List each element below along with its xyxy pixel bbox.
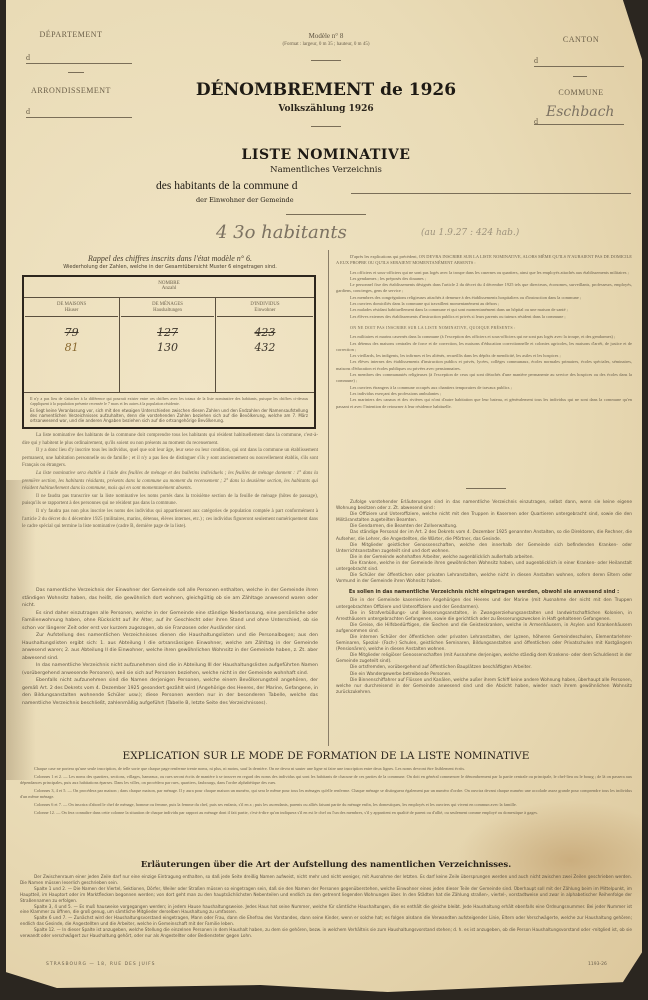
rappel-note-fr: Il n'y a pas lieu de s'attacher à la dif… [30, 396, 308, 406]
list-item: Die Mitglieder geistlicher Genossenschaf… [336, 543, 632, 555]
habitants-count-handwritten: 4 3o habitants [216, 222, 347, 243]
printer-imprint: STRASBOURG — 18, RUE DES JUIFS [46, 962, 156, 967]
column-separator [328, 250, 329, 746]
list-item: Die Offiziere und Unteroffiziere, welche… [336, 512, 632, 524]
paragraph: Colonnes 3, 4 et 5. — On procédera par m… [20, 788, 632, 800]
habitants-line: des habitants de la commune d [156, 180, 297, 192]
arrondissement-label: ARRONDISSEMENT [21, 86, 121, 95]
divider [311, 60, 341, 61]
paragraph: Ebenfalls nicht aufzunehmen sind die Nam… [22, 677, 318, 707]
canton-label: CANTON [546, 35, 616, 44]
arrondissement-prefix: d [26, 107, 30, 116]
nombre-table: DE MAISONS Häuser 79 81 DE MÉNAGES Haush… [24, 298, 314, 392]
section-heading: Es sollen in das namentliche Verzeichnis… [336, 589, 632, 595]
list-item: Das ständige Personal der im Art. 2 des … [336, 530, 632, 542]
paragraph: Der Zwischenraum einer jeden Zeile darf … [20, 874, 632, 886]
left-instructions-de: Das namentliche Verzeichnis der Einwohne… [22, 587, 318, 707]
column-maisons: DE MAISONS Häuser 79 81 [24, 298, 120, 392]
rappel-note-de: Es liegt keine Veranlassung vor, sich mi… [30, 408, 308, 423]
commune-prefix: d [534, 117, 538, 126]
arrondissement-field[interactable]: d [26, 107, 132, 118]
list-item: Die Greise, die Hilfsbedürftigen, die Si… [336, 623, 632, 635]
right-instructions-de: Zufolge vorstehender Erläuterungen sind … [336, 500, 632, 696]
column-header: DE MÉNAGES Haushaltungen [121, 299, 214, 317]
departement-prefix: d [26, 53, 30, 62]
list-item: Les militaires et marins casernés dans l… [336, 334, 632, 340]
menages-value-1: 127 [121, 325, 214, 340]
paragraph: Colonne 12. — On fera connaître dans cet… [20, 810, 632, 816]
individus-value-1: 423 [217, 325, 313, 340]
divider [311, 126, 341, 127]
explication-title: EXPLICATION SUR LE MODE DE FORMATION DE … [46, 750, 606, 762]
list-item: Les élèves internes des établissements d… [336, 359, 632, 372]
list-item: Die in Strafverbüßungs- und Besserungsan… [336, 611, 632, 623]
paragraph: Colonnes 1 et 2. — Les noms des quartier… [20, 774, 632, 786]
list-item: Die Binnenschiffahrer auf Flüssen und Ka… [336, 678, 632, 696]
column-label-de: Haushaltungen [121, 308, 214, 314]
column-header: D'INDIVIDUS Einwohner [217, 299, 313, 317]
rappel-title: Rappel des chiffres inscrits dans l'état… [20, 254, 320, 263]
list-item: Le personnel fixe des établissements dés… [336, 282, 632, 295]
canton-prefix: d [534, 56, 538, 65]
form-code: 1193-26 [588, 962, 607, 967]
menages-value-2: 130 [121, 340, 214, 355]
modele-number: Modèle n° 8 [226, 32, 426, 40]
rappel-notes: Il n'y a pas lieu de s'attacher à la dif… [24, 392, 314, 426]
paragraph: In das namentliche Verzeichnis nicht auf… [22, 662, 318, 677]
list-item: Die internen Schüler der öffentlichen od… [336, 635, 632, 653]
paragraph: La liste nominative sera établie à l'aid… [22, 470, 318, 493]
list-item: Les membres des communautés religieuses … [336, 372, 632, 385]
column-individus: D'INDIVIDUS Einwohner 423 432 [215, 298, 314, 392]
commune-name-line[interactable] [351, 193, 631, 194]
paragraph: Spalte 6 und 7. — Zunächst wird der Haus… [20, 915, 632, 927]
paragraph: Il y a donc lieu d'y inscrire tous les i… [22, 447, 318, 470]
list-title: LISTE NOMINATIVE [196, 147, 456, 163]
column-label-de: Einwohner [217, 308, 313, 314]
column-header: DE MAISONS Häuser [25, 299, 118, 317]
rappel-title-de: Wiederholung der Zahlen, welche in der G… [20, 264, 320, 270]
right-instructions-fr: D'après les explications qui précèdent, … [336, 254, 632, 410]
list-item: Les officiers et sous-officiers qui ne s… [336, 270, 632, 276]
departement-label: DÉPARTEMENT [26, 30, 116, 39]
habitants-line-de: der Einwohner der Gemeinde [196, 196, 294, 204]
paragraph: La liste nominative des habitants de la … [22, 432, 318, 447]
divider [286, 214, 366, 215]
paragraph: Zur Aufstellung des namentlichen Verzeic… [22, 632, 318, 662]
census-title-de: Volkszählung 1926 [226, 104, 426, 114]
divider [466, 488, 506, 489]
paragraph: Das namentliche Verzeichnis der Einwohne… [22, 587, 318, 610]
erlaeuterungen-title: Erläuterungen über die Art der Aufstellu… [86, 860, 566, 870]
nombre-table-box: NOMBRE Anzahl DE MAISONS Häuser 79 81 [22, 275, 316, 429]
paragraph: Es sind daher einzutragen alle Personen,… [22, 610, 318, 633]
commune-label: COMMUNE [546, 88, 616, 97]
divider [68, 72, 84, 73]
list-item: Die Kranken, welche in der Gemeinde ihre… [336, 561, 632, 573]
commune-field[interactable]: d Eschbach [534, 112, 624, 125]
commune-handwritten-value: Eschbach [546, 104, 614, 120]
paragraph: Spalte 1 und 2. — Die Namen der Viertel,… [20, 886, 632, 904]
explication-body: Chaque case ne portera qu'une seule insc… [20, 766, 632, 816]
census-title: DÉNOMBREMENT de 1926 [166, 80, 486, 100]
paragraph: Spalte 3, 4 und 5. — Es muß hausweise vo… [20, 904, 632, 916]
divider [573, 76, 587, 77]
list-item: Die in der Gemeinde kasernierten Angehör… [336, 598, 632, 610]
paragraph: Il ne faudra pas transcrire sur la liste… [22, 493, 318, 508]
maisons-value-1: 79 [25, 325, 118, 340]
list-item: Die Schüler der öffentlichen oder privat… [336, 573, 632, 585]
paragraph: Spalte 12. — In dieser Spalte ist anzuge… [20, 927, 632, 939]
column-menages: DE MÉNAGES Haushaltungen 127 130 [120, 298, 216, 392]
paragraph: Zufolge vorstehender Erläuterungen sind … [336, 500, 632, 512]
habitants-note-handwritten: (au 1.9.27 : 424 hab.) [421, 228, 519, 238]
individus-value-2: 432 [217, 340, 313, 355]
paragraph: Il n'y faudra pas non plus inscrire les … [22, 508, 318, 531]
list-item: Die Mitglieder religiöser Genossenschaft… [336, 653, 632, 665]
left-instructions-fr: La liste nominative des habitants de la … [22, 432, 318, 531]
census-document-page: DÉPARTEMENT d ARRONDISSEMENT d Modèle n°… [6, 0, 642, 992]
list-item: Les détenus des maisons centrales de for… [336, 341, 632, 354]
canton-field[interactable]: d [534, 56, 624, 67]
paragraph: D'après les explications qui précèdent, … [336, 254, 632, 267]
nombre-label-de: Anzahl [24, 286, 314, 291]
nombre-header: NOMBRE Anzahl [24, 277, 314, 298]
format-note: (Format : largeur, 0 m 35 ; hauteur, 0 m… [206, 42, 446, 47]
departement-field[interactable]: d [26, 53, 132, 64]
list-item: Les mariniers des canaux et des rivières… [336, 397, 632, 410]
maisons-value-2: 81 [25, 340, 118, 355]
column-label-de: Häuser [25, 308, 118, 314]
list-title-de: Namentliches Verzeichnis [226, 165, 426, 175]
erlaeuterungen-body: Der Zwischenraum einer jeden Zeile darf … [20, 874, 632, 939]
